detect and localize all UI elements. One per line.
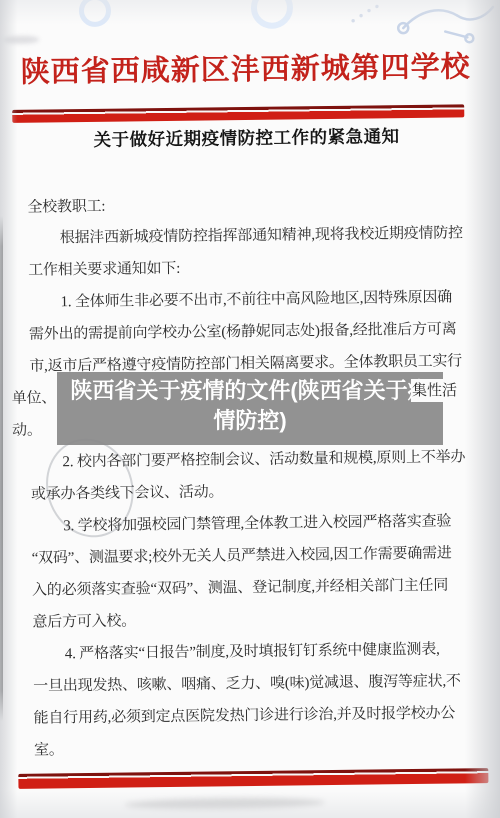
- notice-title: 关于做好近期疫情防控工作的紧急通知: [0, 122, 497, 153]
- sketch-doodle-icon: [345, 0, 496, 59]
- photo-edge-strip: [0, 216, 3, 721]
- doc-line-partially-covered: 单位、: [12, 388, 57, 410]
- letterhead-divider-line: [12, 104, 464, 123]
- doc-line: 一旦出现发热、咳嗽、咽痛、乏力、嗅(味)觉减退、腹泻等症状,不: [33, 671, 461, 697]
- doc-line: 工作相关要求通知如下:: [28, 259, 180, 282]
- doc-line-item-4: 4. 严格落实“日报告”制度,及时填报钉钉系统中健康监测表,: [65, 640, 440, 666]
- doc-line-salutation: 全校教职工:: [27, 197, 105, 219]
- watermark-circle-icon: [251, 0, 294, 29]
- paper-smudge: [3, 36, 39, 44]
- doc-line: 室。: [34, 740, 64, 761]
- doc-line: 入的必须落实查验“双码”、测温、登记制度,并经相关部门主任同: [32, 576, 448, 602]
- doc-line: 根据沣西新城疫情防控指挥部通知精神,现将我校近期疫情防控: [60, 223, 463, 249]
- caption-overlay: 陕西省关于疫情的文件(陕西省关于疫情防控): [57, 372, 443, 445]
- paper-smudge: [125, 797, 325, 810]
- doc-line: 需外出的需提前向学校办公室(杨静妮同志处)报备,经批准后方可离: [29, 319, 457, 345]
- doc-text-fragment: 集性活: [411, 379, 460, 402]
- doc-line-item-1: 1. 全体师生非必要不出市,不前往中高风险地区,因特殊原因确: [60, 288, 452, 314]
- doc-line: 意后方可入校。: [32, 611, 136, 633]
- watermark-circle-icon: [79, 0, 111, 27]
- doc-line: “双码”、测温要求;校外无关人员严禁进入校园,因工作需要确需进: [32, 544, 452, 570]
- doc-line-partially-covered: 动。: [12, 421, 42, 442]
- footer-divider-line: [18, 768, 488, 789]
- document-photo-page: { "header": { "school_title": "陕西省西咸新区沣西…: [0, 0, 500, 818]
- doc-line: 能自行用药,必须到定点医院发热门诊进行诊治,并及时报学校办公: [34, 704, 456, 730]
